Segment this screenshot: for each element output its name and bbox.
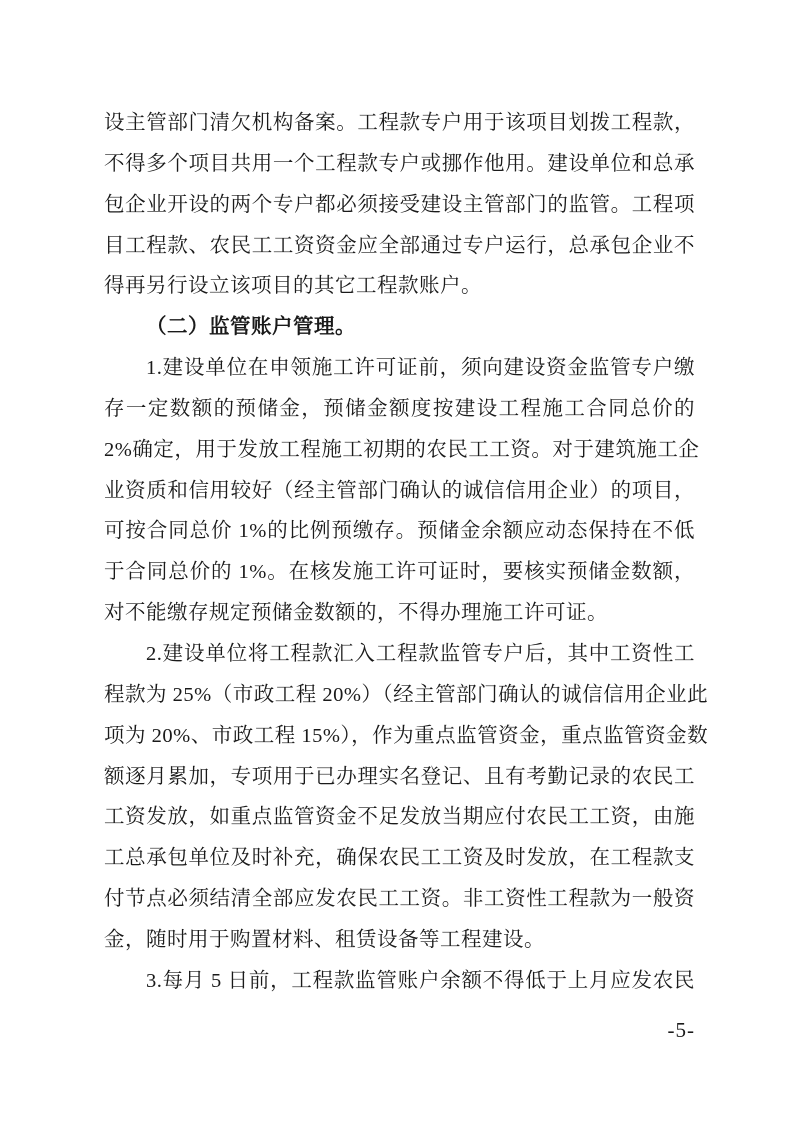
text-line: 2%确定，用于发放工程施工初期的农民工工资。对于建筑施工企 [104, 430, 695, 471]
paragraph: 1.建设单位在申领施工许可证前，须向建设资金监管专户缴存一定数额的预储金，预储金… [104, 348, 695, 634]
text-line: 不得多个项目共用一个工程款专户或挪作他用。建设单位和总承 [104, 144, 695, 185]
paragraph: 设主管部门清欠机构备案。工程款专户用于该项目划拨工程款，不得多个项目共用一个工程… [104, 103, 695, 307]
page-number: -5- [668, 1013, 696, 1047]
text-line: 于合同总价的 1%。在核发施工许可证时，要核实预储金数额， [104, 552, 695, 593]
text-line: （二）监管账户管理。 [104, 307, 695, 348]
text-line: 1.建设单位在申领施工许可证前，须向建设资金监管专户缴 [104, 348, 695, 389]
text-line: 包企业开设的两个专户都必须接受建设主管部门的监管。工程项 [104, 185, 695, 226]
text-line: 金，随时用于购置材料、租赁设备等工程建设。 [104, 920, 695, 961]
text-line: 工总承包单位及时补充，确保农民工工资及时发放，在工程款支 [104, 838, 695, 879]
text-line: 3.每月 5 日前，工程款监管账户余额不得低于上月应发农民 [104, 961, 695, 1002]
text-line: 对不能缴存规定预储金数额的，不得办理施工许可证。 [104, 593, 695, 634]
text-line: 程款为 25%（市政工程 20%）（经主管部门确认的诚信信用企业此 [104, 675, 695, 716]
text-line: 目工程款、农民工工资资金应全部通过专户运行，总承包企业不 [104, 226, 695, 267]
text-line: 存一定数额的预储金，预储金额度按建设工程施工合同总价的 [104, 389, 695, 430]
text-line: 2.建设单位将工程款汇入工程款监管专户后，其中工资性工 [104, 634, 695, 675]
text-line: 额逐月累加，专项用于已办理实名登记、且有考勤记录的农民工 [104, 757, 695, 798]
text-line: 得再另行设立该项目的其它工程款账户。 [104, 266, 695, 307]
text-line: 可按合同总价 1%的比例预缴存。预储金余额应动态保持在不低 [104, 511, 695, 552]
text-line: 业资质和信用较好（经主管部门确认的诚信信用企业）的项目， [104, 471, 695, 512]
text-line: 项为 20%、市政工程 15%），作为重点监管资金，重点监管资金数 [104, 716, 695, 757]
text-line: 付节点必须结清全部应发农民工工资。非工资性工程款为一般资 [104, 879, 695, 920]
section-heading: （二）监管账户管理。 [104, 307, 695, 348]
text-line: 设主管部门清欠机构备案。工程款专户用于该项目划拨工程款， [104, 103, 695, 144]
text-line: 工资发放，如重点监管资金不足发放当期应付农民工工资，由施 [104, 797, 695, 838]
document-body: 设主管部门清欠机构备案。工程款专户用于该项目划拨工程款，不得多个项目共用一个工程… [104, 103, 695, 1002]
paragraph: 3.每月 5 日前，工程款监管账户余额不得低于上月应发农民 [104, 961, 695, 1002]
document-page: 设主管部门清欠机构备案。工程款专户用于该项目划拨工程款，不得多个项目共用一个工程… [0, 0, 793, 1122]
paragraph: 2.建设单位将工程款汇入工程款监管专户后，其中工资性工程款为 25%（市政工程 … [104, 634, 695, 961]
